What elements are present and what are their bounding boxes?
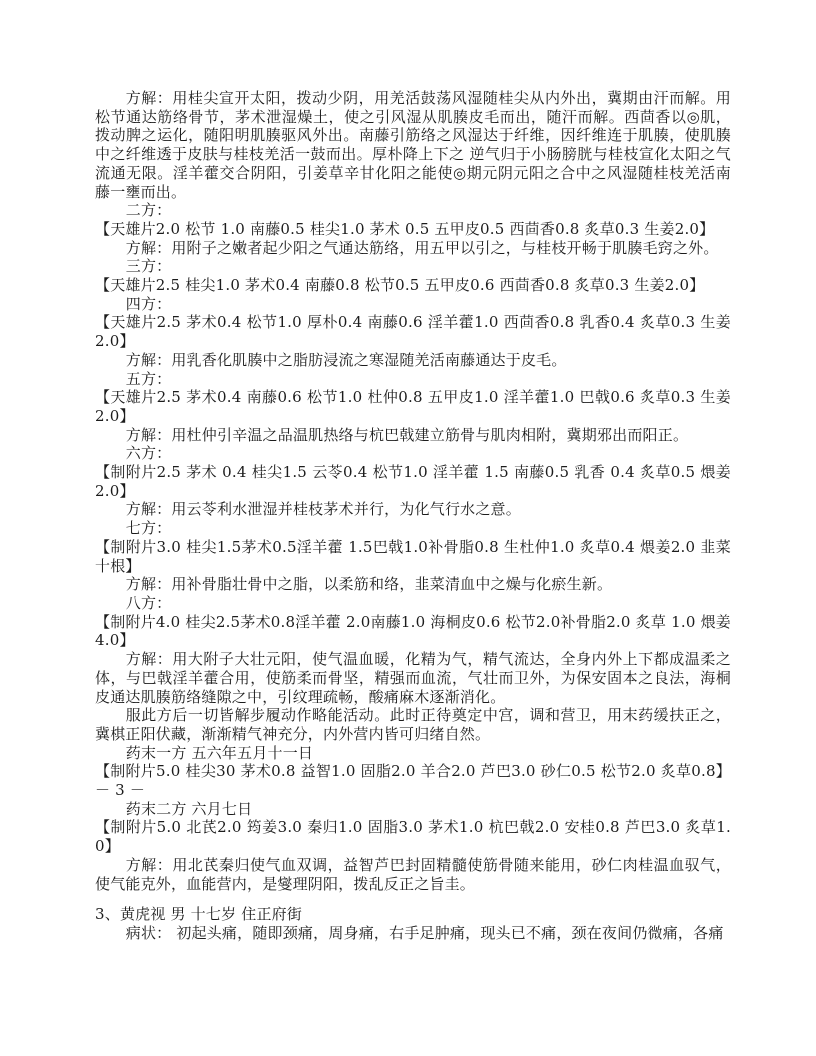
prescription-line: 【天雄片2.5 茅术0.4 松节1.0 厚朴0.4 南藤0.6 淫羊藿1.0 西…	[95, 313, 731, 350]
explanation-paragraph: 方解：用云苓利水泄湿并桂枝茅术并行，为化气行水之意。	[95, 500, 731, 519]
explanation-paragraph: 方解：用补骨脂壮骨中之脂，以柔筋和络，韭菜清血中之燥与化瘀生新。	[95, 575, 731, 594]
prescription-line: 【制附片5.0 桂尖30 茅术0.8 益智1.0 固脂2.0 羊合2.0 芦巴3…	[95, 762, 731, 799]
document-body: 方解：用桂尖宣开太阳，拨动少阴，用羌活鼓荡风湿随桂尖从内外出，冀期由汗而解。用松…	[95, 89, 731, 943]
document-page: 方解：用桂尖宣开太阳，拨动少阴，用羌活鼓荡风湿随桂尖从内外出，冀期由汗而解。用松…	[0, 0, 816, 1056]
prescription-date-label: 药末二方 六月七日	[95, 800, 731, 819]
section-label: 六方：	[95, 444, 731, 463]
prescription-line: 【天雄片2.0 松节 1.0 南藤0.5 桂尖1.0 茅术 0.5 五甲皮0.5…	[95, 220, 731, 239]
prescription-line: 【制附片2.5 茅术 0.4 桂尖1.5 云苓0.4 松节1.0 淫羊藿 1.5…	[95, 463, 731, 500]
narrative-paragraph: 服此方后一切皆解步履动作略能活动。此时正待奠定中宫，调和营卫，用末药缓扶正之，冀…	[95, 706, 731, 743]
prescription-line: 【制附片5.0 北芪2.0 筠姜3.0 秦归1.0 固脂3.0 茅术1.0 杭巴…	[95, 818, 731, 855]
prescription-line: 【制附片3.0 桂尖1.5茅术0.5淫羊藿 1.5巴戟1.0补骨脂0.8 生杜仲…	[95, 538, 731, 575]
section-label: 八方：	[95, 594, 731, 613]
case-symptoms-paragraph: 病状： 初起头痛，随即颈痛，周身痛，右手足肿痛，现头已不痛，颈在夜间仍微痛，各痛	[95, 924, 731, 943]
case-heading: 3、黄虎视 男 十七岁 住正府街	[95, 905, 731, 924]
section-label: 二方：	[95, 201, 731, 220]
prescription-line: 【天雄片2.5 茅术0.4 南藤0.6 松节1.0 杜仲0.8 五甲皮1.0 淫…	[95, 388, 731, 425]
prescription-line: 【天雄片2.5 桂尖1.0 茅术0.4 南藤0.8 松节0.5 五甲皮0.6 西…	[95, 276, 731, 295]
explanation-paragraph: 方解：用大附子大壮元阳，使气温血暖，化精为气，精气流达，全身内外上下都成温柔之体…	[95, 650, 731, 706]
blank-line	[95, 893, 731, 905]
explanation-paragraph: 方解：用附子之嫩者起少阳之气通达筋络，用五甲以引之，与桂枝开畅于肌腠毛窍之外。	[95, 239, 731, 258]
explanation-paragraph: 方解：用杜仲引辛温之品温肌热络与杭巴戟建立筋骨与肌肉相附，冀期邪出而阳正。	[95, 426, 731, 445]
section-label: 三方：	[95, 257, 731, 276]
section-label: 五方：	[95, 370, 731, 389]
explanation-paragraph: 方解：用北芪秦归使气血双调，益智芦巴封固精髓使筋骨随来能用，砂仁肉桂温血驭气，使…	[95, 856, 731, 893]
explanation-paragraph: 方解：用桂尖宣开太阳，拨动少阴，用羌活鼓荡风湿随桂尖从内外出，冀期由汗而解。用松…	[95, 89, 731, 201]
explanation-paragraph: 方解：用乳香化肌腠中之脂肪浸流之寒湿随羌活南藤通达于皮毛。	[95, 351, 731, 370]
section-label: 四方：	[95, 295, 731, 314]
section-label: 七方：	[95, 519, 731, 538]
prescription-line: 【制附片4.0 桂尖2.5茅术0.8淫羊藿 2.0南藤1.0 海桐皮0.6 松节…	[95, 613, 731, 650]
prescription-date-label: 药末一方 五六年五月十一日	[95, 744, 731, 763]
